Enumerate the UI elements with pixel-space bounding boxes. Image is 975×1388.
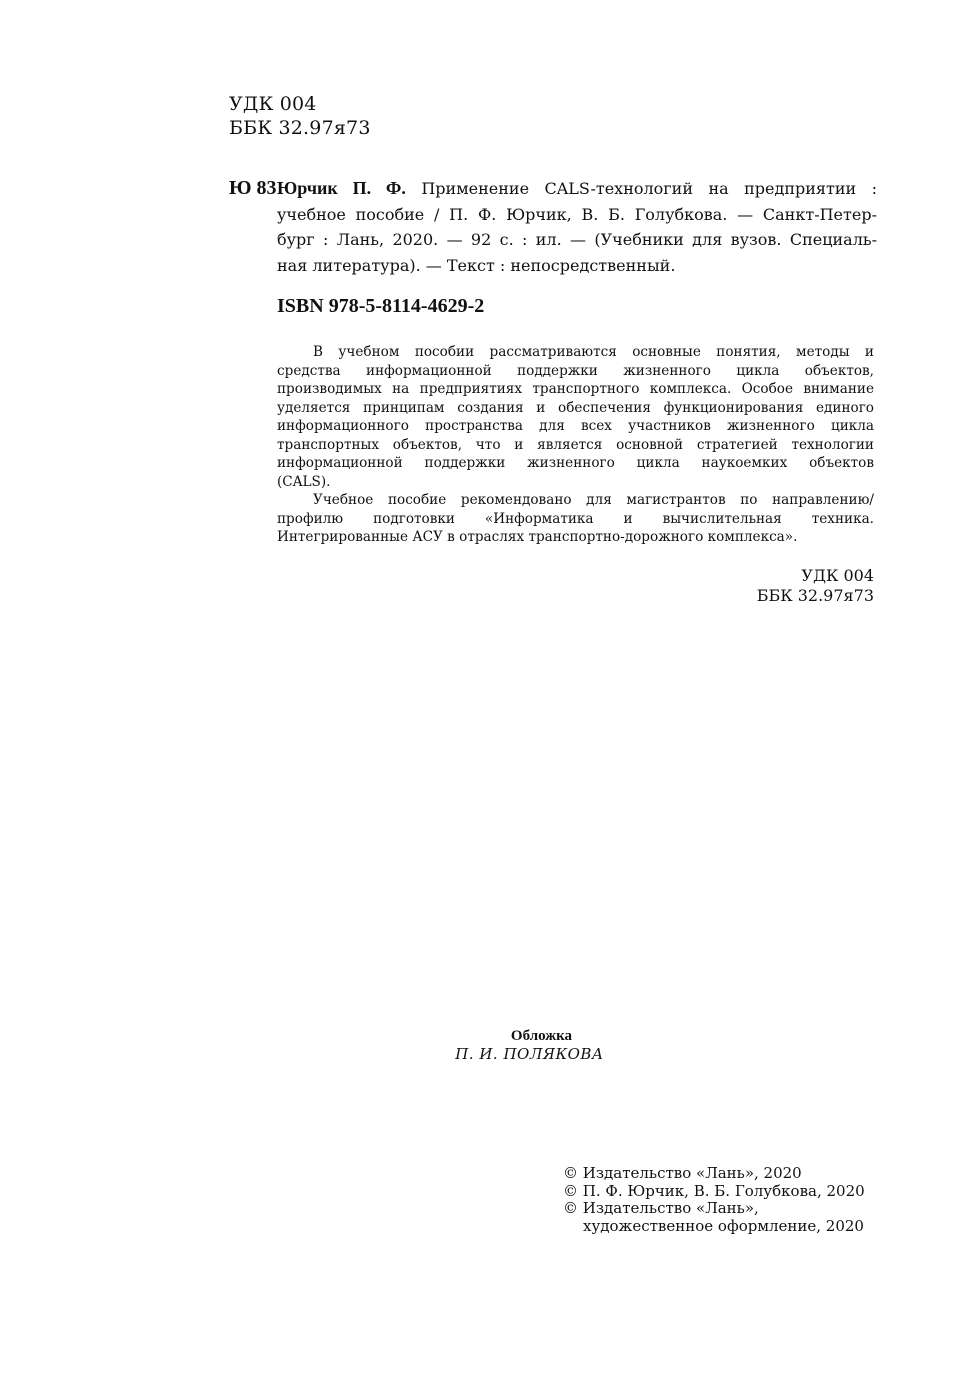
annotation-line: Учебное пособие рекомендовано для магист… — [277, 491, 874, 510]
annotation-line: Интегрированные АСУ в отраслях транспорт… — [277, 528, 874, 547]
udk-code: УДК 004 — [757, 566, 874, 586]
bbk-code: ББК 32.97я73 — [757, 586, 874, 606]
classification-codes-bottom: УДК 004 ББК 32.97я73 — [757, 566, 874, 606]
cover-designer: П. И. ПОЛЯКОВА — [0, 1045, 975, 1063]
annotation: В учебном пособии рассматриваются основн… — [277, 343, 874, 547]
annotation-line: информационного пространства для всех уч… — [277, 417, 874, 436]
classification-codes-top: УДК 004 ББК 32.97я73 — [229, 92, 371, 140]
annotation-line: транспортных объектов, что и является ос… — [277, 436, 874, 455]
entry-line: ная литература). — Текст : непосредствен… — [277, 253, 877, 279]
annotation-line: профилю подготовки «Информатика и вычисл… — [277, 510, 874, 529]
annotation-line: средства информационной поддержки жизнен… — [277, 362, 874, 381]
author-code: Ю 83 — [229, 176, 277, 201]
entry-line: бург : Лань, 2020. — 92 с. : ил. — (Учеб… — [277, 227, 877, 253]
annotation-line: В учебном пособии рассматриваются основн… — [277, 343, 874, 362]
bbk-code: ББК 32.97я73 — [229, 116, 371, 140]
annotation-line: уделяется принципам создания и обеспечен… — [277, 399, 874, 418]
entry-line: учебное пособие / П. Ф. Юрчик, В. Б. Гол… — [277, 202, 877, 228]
author-name: Юрчик П. Ф. — [277, 178, 406, 198]
annotation-line: информационной поддержки жизненного цикл… — [277, 454, 874, 473]
copyright-line: © П. Ф. Юрчик, В. Б. Голубкова, 2020 — [563, 1183, 865, 1201]
copyright-line: © Издательство «Лань», — [563, 1200, 865, 1218]
annotation-line: (CALS). — [277, 473, 874, 492]
isbn: ISBN 978-5-8114-4629-2 — [277, 294, 484, 318]
entry-line: Юрчик П. Ф. Применение CALS-технологий н… — [277, 176, 877, 202]
bibliographic-description: Юрчик П. Ф. Применение CALS-технологий н… — [277, 176, 877, 278]
cover-label: Обложка — [0, 1027, 975, 1045]
annotation-line: производимых на предприятиях транспортно… — [277, 380, 874, 399]
copyright-block: © Издательство «Лань», 2020 © П. Ф. Юрчи… — [563, 1165, 865, 1235]
udk-code: УДК 004 — [229, 92, 371, 116]
cover-credit: Обложка П. И. ПОЛЯКОВА — [0, 1027, 975, 1063]
copyright-line: © Издательство «Лань», 2020 — [563, 1165, 865, 1183]
copyright-line: художественное оформление, 2020 — [563, 1218, 865, 1236]
